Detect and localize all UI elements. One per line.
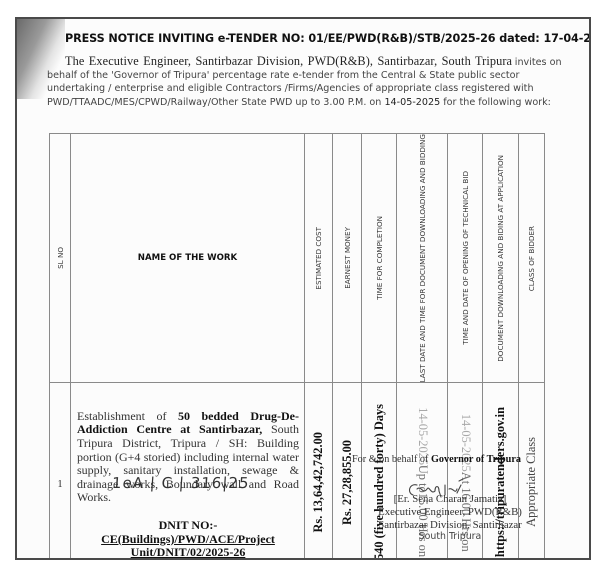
press-notice-document: PRESS NOTICE INVITING e-TENDER NO: 01/EE… — [15, 17, 591, 560]
header-name-of-work: NAME OF THE WORK — [71, 134, 305, 383]
on-behalf-line: For & on behalf of Governor of Tripura — [352, 454, 521, 465]
header-class-of-bidder: CLASS OF BIDDER — [519, 134, 545, 383]
intro-lead: The Executive Engineer, Santirbazar Divi… — [47, 54, 512, 68]
notice-title: PRESS NOTICE INVITING e-TENDER NO: 01/EE… — [65, 32, 591, 45]
signer-name: [Er. Sena Charan Jamatia] — [335, 493, 565, 506]
signer-location: South Tripura — [335, 531, 565, 544]
signer-title: Executive Engineer, PWD(R&B) — [335, 506, 565, 519]
header-document-downloading: DOCUMENT DOWNLOADING AND BIDING AT APPLI… — [483, 134, 519, 383]
cell-sl-no: 1 — [50, 383, 71, 560]
cell-name-of-work: Establishment of 50 bedded Drug-De-Addic… — [71, 383, 305, 560]
intro-deadline: 14-05-2025 — [384, 97, 440, 108]
header-time-for-completion: TIME FOR COMPLETION — [362, 134, 397, 383]
table-header-row: SL NO NAME OF THE WORK ESTIMATED COST EA… — [50, 134, 545, 383]
header-earnest-money: EARNEST MONEY — [333, 134, 362, 383]
dnit-number: CE(Buildings)/PWD/ACE/Project Unit/DNIT/… — [77, 533, 299, 560]
signer-division: Santirbazar Division, Santirbazar — [335, 519, 565, 532]
header-opening-date: TIME AND DATE OF OPENING OF TECHNICAL BI… — [448, 134, 483, 383]
header-estimated-cost: ESTIMATED COST — [305, 134, 333, 383]
notice-intro: The Executive Engineer, Santirbazar Divi… — [47, 55, 577, 109]
signature-block: [Er. Sena Charan Jamatia] Executive Engi… — [335, 493, 565, 544]
dnit-label: DNIT NO:- — [77, 519, 299, 533]
cell-estimated-cost: Rs. 13,64,42,742.00 — [305, 383, 333, 560]
header-sl-no: SL NO — [50, 134, 71, 383]
header-last-date: LAST DATE AND TIME FOR DOCUMENT DOWNLOAD… — [397, 134, 448, 383]
dnit-block: DNIT NO:- CE(Buildings)/PWD/ACE/Project … — [77, 519, 299, 560]
handwritten-reference: 1eA | C | 316|25 — [111, 474, 250, 492]
